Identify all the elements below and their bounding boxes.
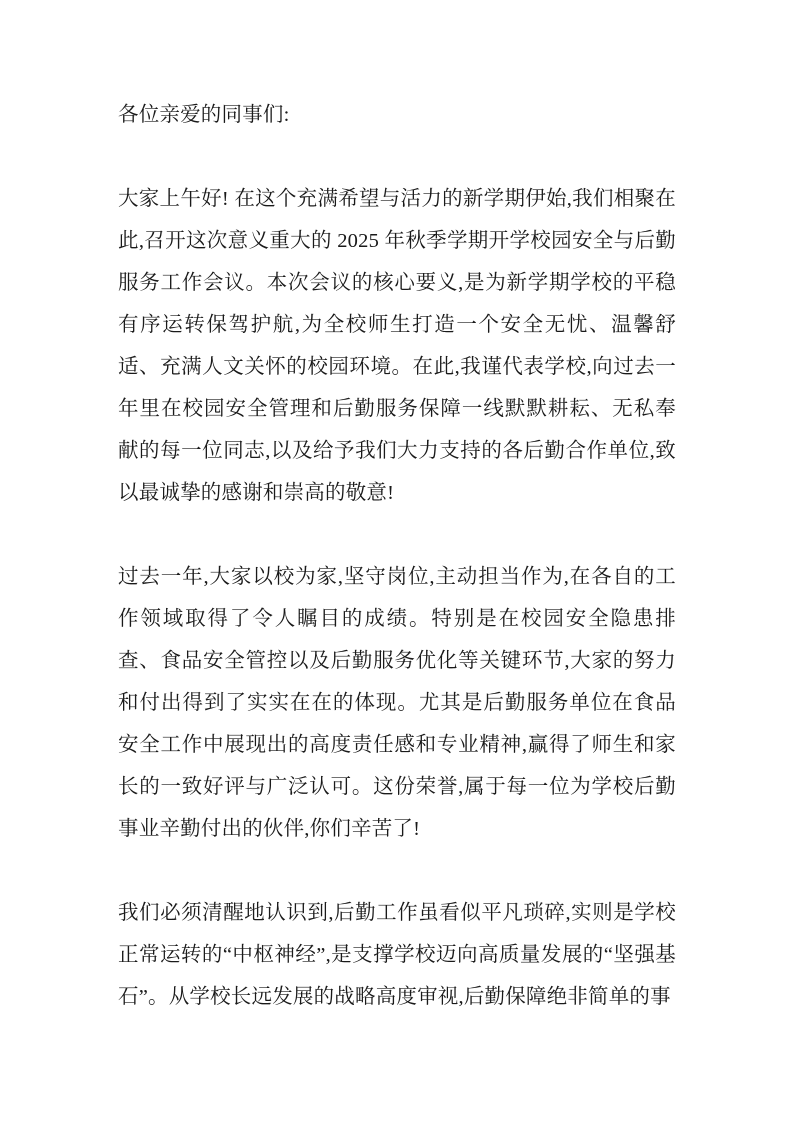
document-page: 各位亲爱的同事们: 大家上午好! 在这个充满希望与活力的新学期伊始,我们相聚在此…: [0, 0, 793, 1122]
paragraph-greeting-and-purpose: 大家上午好! 在这个充满希望与活力的新学期伊始,我们相聚在此,召开这次意义重大的…: [118, 178, 676, 514]
salutation: 各位亲爱的同事们:: [118, 94, 676, 136]
paragraph-past-year-review: 过去一年,大家以校为家,坚守岗位,主动担当作为,在各自的工作领域取得了令人瞩目的…: [118, 556, 676, 850]
paragraph-logistics-importance: 我们必须清醒地认识到,后勤工作虽看似平凡琐碎,实则是学校正常运转的“中枢神经”,…: [118, 892, 676, 1018]
